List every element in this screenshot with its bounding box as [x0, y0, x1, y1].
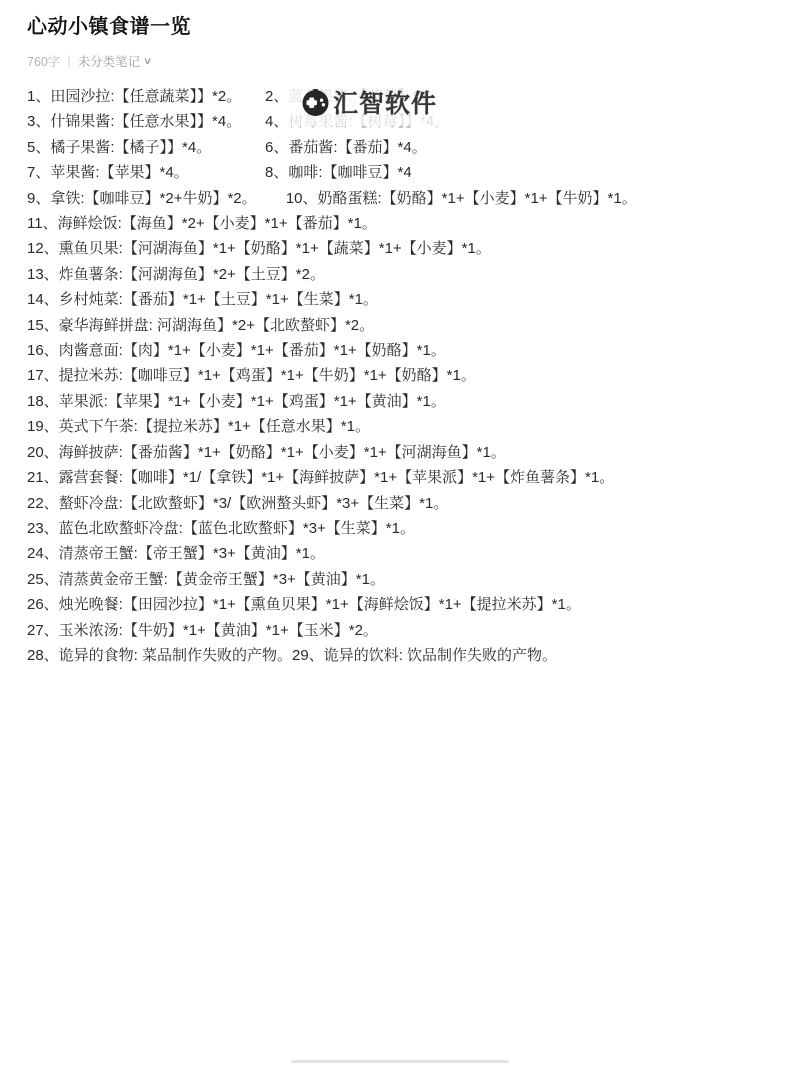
recipe-item: 6、番茄酱:【番茄】*4。 [265, 135, 780, 160]
recipe-item: 11、海鲜烩饭:【海鱼】*2+【小麦】*1+【番茄】*1。 [27, 211, 780, 236]
recipe-item: 21、露营套餐:【咖啡】*1/【拿铁】*1+【海鲜披萨】*1+【苹果派】*1+【… [27, 465, 780, 490]
watermark-text: 汇智软件 [333, 84, 437, 120]
recipe-item: 17、提拉米苏:【咖啡豆】*1+【鸡蛋】*1+【牛奶】*1+【奶酪】*1。 [27, 363, 780, 388]
home-indicator-bar [291, 1060, 509, 1063]
recipe-item: 8、咖啡:【咖啡豆】*4 [265, 160, 780, 185]
note-page: 心动小镇食谱一览 760字 | 未分类笔记 ∨ 1、田园沙拉:【任意蔬菜】】*2… [0, 0, 800, 1068]
recipe-item: 14、乡村炖菜:【番茄】*1+【土豆】*1+【生菜】*1。 [27, 287, 780, 312]
recipe-item: 25、清蒸黄金帝王蟹:【黄金帝王蟹】*3+【黄油】*1。 [27, 567, 780, 592]
recipe-item: 15、豪华海鲜拼盘: 河湖海鱼】*2+【北欧螯虾】*2。 [27, 313, 780, 338]
recipe-item: 12、熏鱼贝果:【河湖海鱼】*1+【奶酪】*1+【蔬菜】*1+【小麦】*1。 [27, 236, 780, 261]
recipe-item: 10、奶酪蛋糕:【奶酪】*1+【小麦】*1+【牛奶】*1。 [286, 190, 637, 207]
word-count: 760字 [27, 52, 60, 70]
recipe-item: 16、肉酱意面:【肉】*1+【小麦】*1+【番茄】*1+【奶酪】*1。 [27, 338, 780, 363]
note-title: 心动小镇食谱一览 [27, 14, 780, 40]
note-meta: 760字 | 未分类笔记 ∨ [27, 52, 780, 70]
recipe-lines: 11、海鲜烩饭:【海鱼】*2+【小麦】*1+【番茄】*1。12、熏鱼贝果:【河湖… [27, 211, 780, 668]
recipe-item: 9、拿铁:【咖啡豆】*2+牛奶】*2。 [27, 190, 257, 207]
recipe-list: 1、田园沙拉:【任意蔬菜】】*2。2、蓝莓果酱:【蓝莓】*4。3、什锦果酱:【任… [27, 84, 780, 668]
recipe-item: 22、螯虾冷盘:【北欧螯虾】*3/【欧洲螯头虾】*3+【生菜】*1。 [27, 491, 780, 516]
category-selector[interactable]: 未分类笔记 ∨ [78, 52, 152, 70]
watermark: 汇智软件 [301, 84, 437, 120]
meta-separator: | [67, 54, 70, 68]
recipe-item: 13、炸鱼薯条:【河湖海鱼】*2+【土豆】*2。 [27, 262, 780, 287]
recipe-item: 28、诡异的食物: 菜品制作失败的产物。29、诡异的饮料: 饮品制作失败的产物。 [27, 643, 780, 668]
gamepad-icon [301, 88, 330, 117]
recipe-item: 20、海鲜披萨:【番茄酱】*1+【奶酪】*1+【小麦】*1+【河湖海鱼】*1。 [27, 440, 780, 465]
category-label: 未分类笔记 [78, 52, 141, 70]
recipe-item: 5、橘子果酱:【橘子】】*4。 [27, 135, 265, 160]
recipe-item: 26、烛光晚餐:【田园沙拉】*1+【熏鱼贝果】*1+【海鲜烩饭】*1+【提拉米苏… [27, 592, 780, 617]
recipe-item: 23、蓝色北欧螯虾冷盘:【蓝色北欧螯虾】*3+【生菜】*1。 [27, 516, 780, 541]
recipe-item: 19、英式下午茶:【提拉米苏】*1+【任意水果】*1。 [27, 414, 780, 439]
recipe-item: 24、清蒸帝王蟹:【帝王蟹】*3+【黄油】*1。 [27, 541, 780, 566]
recipe-item: 7、苹果酱:【苹果】*4。 [27, 160, 265, 185]
chevron-down-icon: ∨ [143, 56, 153, 67]
recipe-item: 18、苹果派:【苹果】*1+【小麦】*1+【鸡蛋】*1+【黄油】*1。 [27, 389, 780, 414]
recipe-item: 3、什锦果酱:【任意水果】】*4。 [27, 109, 265, 134]
recipe-item: 27、玉米浓汤:【牛奶】*1+【黄油】*1+【玉米】*2。 [27, 618, 780, 643]
recipe-item: 1、田园沙拉:【任意蔬菜】】*2。 [27, 84, 265, 109]
recipe-line-pair: 9、拿铁:【咖啡豆】*2+牛奶】*2。 10、奶酪蛋糕:【奶酪】*1+【小麦】*… [27, 186, 780, 211]
